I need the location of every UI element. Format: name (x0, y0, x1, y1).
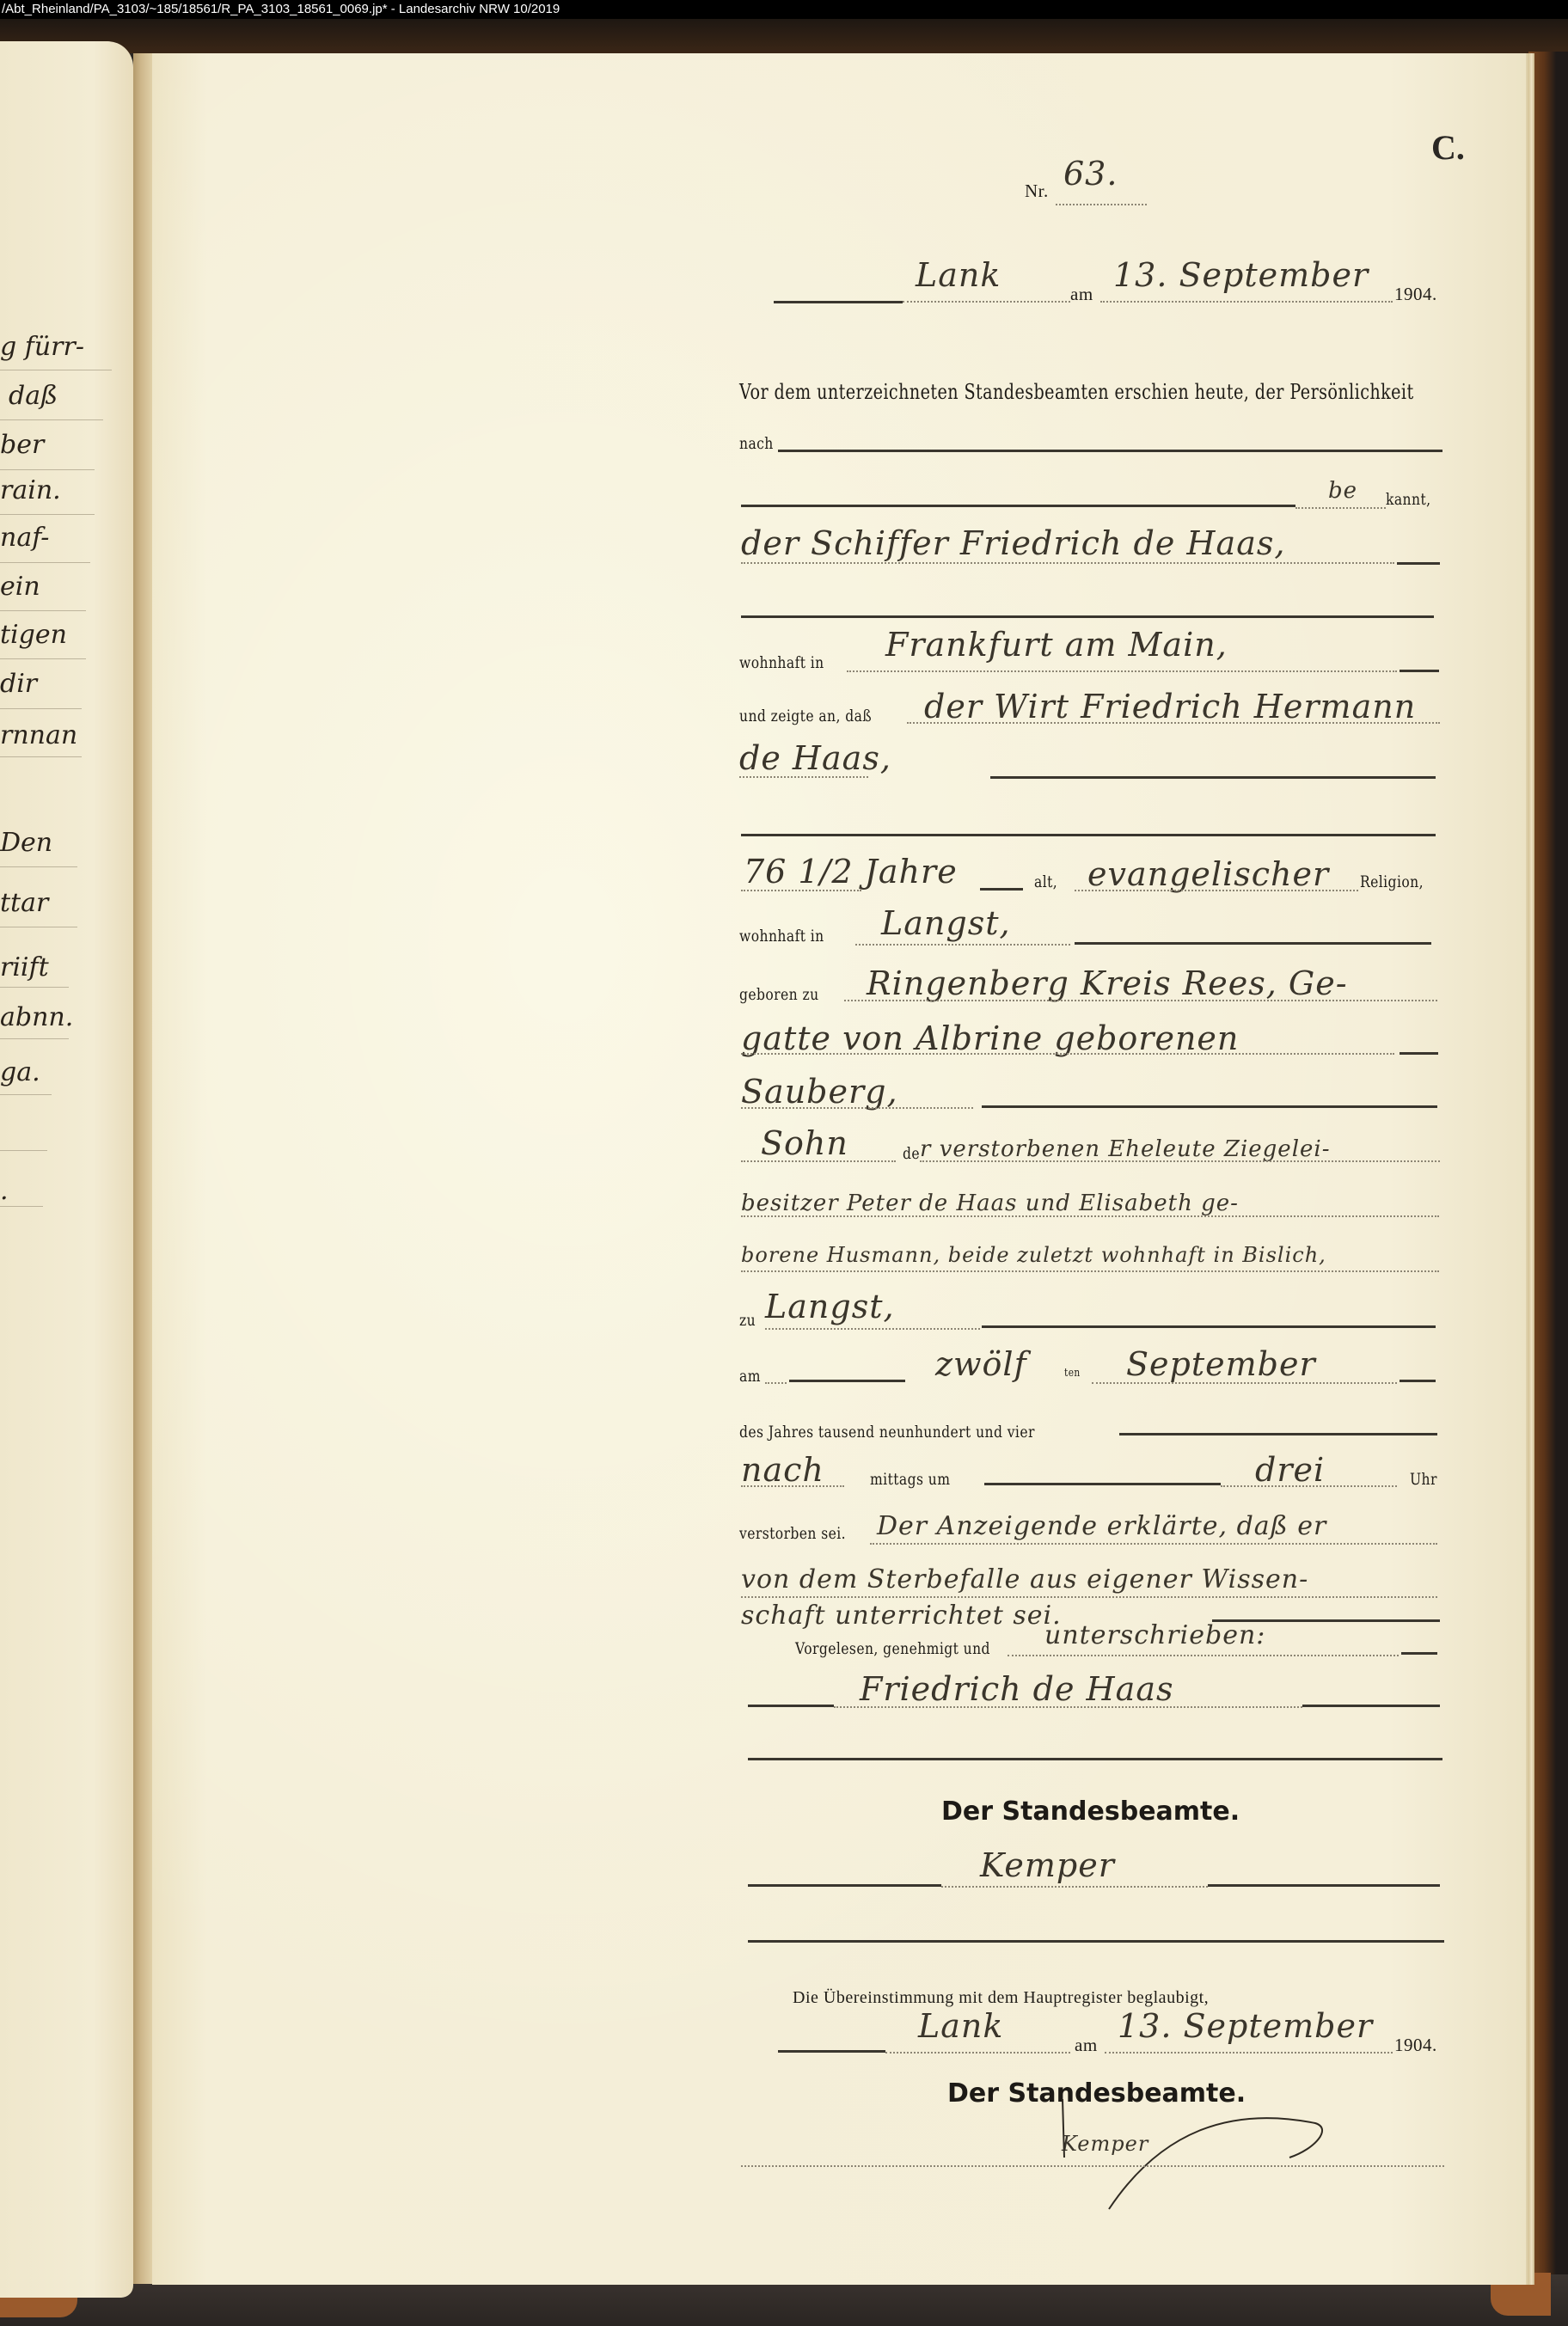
zu-label: zu (739, 1311, 756, 1330)
dotted-line (847, 670, 1397, 672)
declarant-name: der Schiffer Friedrich de Haas, (741, 524, 1285, 562)
solid-line (1397, 562, 1440, 565)
dotted-line (741, 1215, 1439, 1217)
dotted-line (741, 1596, 1437, 1598)
bekannt-label: kannt, (1386, 490, 1430, 509)
deceased-name-line1: der Wirt Friedrich Hermann (924, 688, 1416, 725)
solid-line (980, 888, 1023, 891)
remark-line2: von dem Sterbefalle aus eigener Wissen- (741, 1564, 1308, 1595)
section-letter: C. (1431, 127, 1465, 168)
uhr-label: Uhr (1410, 1470, 1437, 1489)
verstorben-label: verstorben sei. (739, 1524, 846, 1543)
dotted-line (1008, 1655, 1399, 1656)
deceased-name-line2: de Haas, (739, 739, 891, 777)
dotted-line (741, 1485, 844, 1487)
solid-line (984, 1483, 1221, 1485)
solid-line (748, 1884, 941, 1887)
ten-label: ten (1064, 1367, 1081, 1380)
solid-line (778, 2050, 885, 2053)
born-line1: Ringenberg Kreis Rees, Ge- (867, 964, 1348, 1002)
announce-label: und zeigte an, daß (739, 707, 872, 725)
registrar-signature: Kemper (980, 1846, 1115, 1884)
dotted-line (907, 722, 1440, 724)
parents-line1: r verstorbenen Eheleute Ziegelei- (920, 1136, 1331, 1162)
solid-line (774, 301, 903, 303)
religion-label: Religion, (1360, 872, 1424, 891)
vorgelesen-label: Vorgelesen, genehmigt und (795, 1639, 990, 1658)
dotted-line (741, 562, 1394, 564)
solid-line (1302, 1705, 1440, 1707)
dotted-line (741, 890, 861, 891)
dotted-line (941, 1886, 1208, 1888)
certification-text: Die Übereinstimmung mit dem Hauptregiste… (793, 1988, 1209, 2008)
parents-prefix: Sohn (761, 1124, 848, 1162)
declarant-residence: Frankfurt am Main, (885, 626, 1228, 664)
declarant-signature: Friedrich de Haas (860, 1670, 1174, 1708)
certification-date: 13. September (1118, 2007, 1373, 2045)
deceased-age: 76 1/2 Jahre (744, 853, 958, 891)
solid-line (741, 834, 1436, 836)
parents-line2: besitzer Peter de Haas und Elisabeth ge- (741, 1191, 1239, 1216)
dotted-line (1105, 2052, 1393, 2054)
dotted-line (844, 1000, 1437, 1001)
death-record-form: C. Nr. 63. Lank am 13. September 1904. V… (0, 0, 1568, 2326)
solid-line (1400, 1052, 1438, 1055)
certification-year: 1904. (1394, 2035, 1437, 2056)
record-date: 13. September (1113, 256, 1369, 294)
dotted-line (741, 2165, 1444, 2167)
remark-line3: schaft unterrichtet sei. (741, 1601, 1062, 1631)
solid-line (741, 615, 1434, 618)
dotted-line (855, 944, 1070, 946)
parents-line3: borene Husmann, beide zuletzt wohnhaft i… (741, 1243, 1326, 1267)
dotted-line (739, 776, 868, 778)
am-label: am (739, 1367, 761, 1386)
deceased-residence: Langst, (881, 904, 1011, 942)
solid-line (748, 1705, 834, 1707)
age-label: alt, (1034, 872, 1057, 891)
record-number: 63. (1063, 155, 1118, 193)
bekannt-prefix: be (1328, 478, 1357, 504)
dotted-line (1056, 204, 1147, 205)
record-place: Lank (916, 256, 1001, 294)
vorgelesen-value: unterschrieben: (1044, 1620, 1265, 1650)
born-label: geboren zu (739, 985, 819, 1004)
dotted-line (903, 301, 1070, 303)
dotted-line (1092, 1382, 1397, 1384)
dotted-line (1221, 1485, 1397, 1487)
solid-line (1075, 942, 1431, 945)
solid-line (1400, 1380, 1436, 1382)
am-label: am (1070, 284, 1093, 305)
time-prefix: nach (741, 1451, 824, 1489)
signature-flourish (1057, 2097, 1341, 2226)
solid-line (741, 505, 1295, 507)
death-day: zwölf (935, 1345, 1027, 1383)
deceased-residence-label: wohnhaft in (739, 927, 824, 946)
dotted-line (1100, 301, 1393, 303)
solid-line (778, 450, 1442, 452)
certification-place: Lank (918, 2007, 1003, 2045)
solid-line (990, 776, 1436, 779)
remark-line1: Der Anzeigende erklärte, daß er (877, 1511, 1326, 1541)
nach-label: nach (739, 434, 774, 453)
solid-line (982, 1325, 1436, 1328)
solid-line (789, 1380, 905, 1382)
born-line2: gatte von Albrine geborenen (741, 1019, 1239, 1057)
death-hour: drei (1255, 1451, 1325, 1489)
dotted-line (885, 2052, 1070, 2054)
solid-line (1400, 670, 1439, 672)
registrar-heading: Der Standesbeamte. (941, 1797, 1240, 1827)
intro-text: Vor dem unterzeichneten Standesbeamten e… (739, 380, 1414, 404)
solid-line (748, 1758, 1442, 1760)
dotted-line (1075, 890, 1358, 891)
solid-line (748, 1940, 1444, 1943)
death-month: September (1126, 1345, 1316, 1383)
religion-value: evangelischer (1087, 855, 1329, 893)
solid-line (1401, 1652, 1437, 1655)
record-year: 1904. (1394, 284, 1437, 305)
dotted-line (765, 1382, 787, 1384)
certification-am-label: am (1075, 2035, 1098, 2056)
residence-label: wohnhaft in (739, 653, 824, 672)
number-label: Nr. (1025, 181, 1049, 202)
dotted-line (870, 1543, 1437, 1545)
solid-line (982, 1105, 1437, 1108)
dotted-line (741, 1160, 896, 1162)
dotted-line (1295, 507, 1386, 509)
solid-line (1119, 1433, 1437, 1435)
solid-line (1208, 1884, 1440, 1887)
year-text: des Jahres tausend neunhundert und vier (739, 1423, 1035, 1442)
dotted-line (741, 1270, 1439, 1272)
dotted-line (920, 1160, 1440, 1162)
mittags-label: mittags um (870, 1470, 950, 1489)
dotted-line (834, 1706, 1302, 1708)
dotted-line (765, 1328, 980, 1330)
born-line3: Sauberg, (741, 1073, 898, 1111)
parents-label: de (903, 1144, 920, 1163)
death-place: Langst, (765, 1288, 895, 1325)
dotted-line (741, 1107, 973, 1109)
dotted-line (741, 1053, 1394, 1055)
